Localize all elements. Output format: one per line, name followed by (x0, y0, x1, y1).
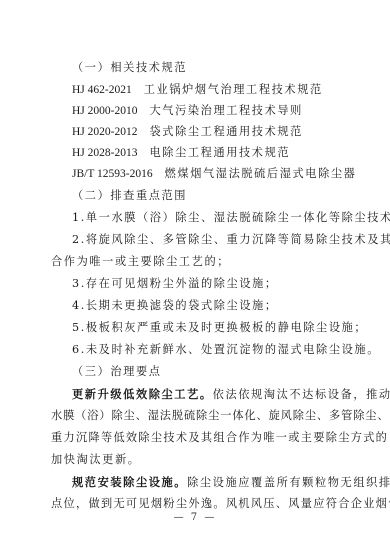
standard-code: HJ 2028-2013 (72, 147, 138, 159)
standard-title: 袋式除尘工程通用技术规范 (150, 125, 303, 138)
document-page: （一）相关技术规范 HJ 462-2021工业锅炉烟气治理工程技术规范 HJ 2… (0, 0, 390, 551)
page-number: — 7 — (0, 512, 390, 523)
list-item: 6.未及时补充新鲜水、处置沉淀物的湿式电除尘设施。 (72, 343, 380, 357)
paragraph-line: 点位，做到无可见烟粉尘外逸。风机风压、风量应符合企业烟气 (51, 497, 390, 511)
section-heading-2: （二）排查重点范围 (72, 189, 187, 203)
standard-item: JB/T 12593-2016燃煤烟气湿法脱硫后湿式电除尘器 (72, 167, 356, 181)
standard-item: HJ 2000-2010大气污染治理工程技术导则 (72, 104, 303, 118)
standard-code: HJ 462-2021 (72, 84, 132, 96)
standard-title: 燃煤烟气湿法脱硫后湿式电除尘器 (165, 167, 357, 180)
list-item: 5.极板积灰严重或未及时更换极板的静电除尘设施； (72, 321, 367, 335)
paragraph-line: 加快淘汰更新。 (51, 453, 141, 467)
paragraph-line: 规范安装除尘设施。除尘设施应覆盖所有颗粒物无组织排放 (72, 475, 390, 490)
standard-item: HJ 462-2021工业锅炉烟气治理工程技术规范 (72, 83, 323, 97)
paragraph-text: 除尘设施应覆盖所有颗粒物无组织排放 (187, 476, 390, 489)
list-item-continuation: 合作为唯一或主要除尘工艺的； (51, 255, 230, 269)
standard-code: HJ 2000-2010 (72, 105, 138, 117)
section-heading-3: （三）治理要点 (72, 365, 162, 379)
standard-title: 电除尘工程通用技术规范 (150, 146, 291, 159)
paragraph-text: 依法依规淘汰不达标设备，推动将 (213, 388, 390, 401)
standard-title: 大气污染治理工程技术导则 (150, 104, 303, 117)
section-heading-1: （一）相关技术规范 (72, 61, 187, 75)
list-item: 1.单一水膜（浴）除尘、湿法脱硫除尘一体化等除尘技术； (72, 211, 390, 225)
list-item: 4.长期未更换滤袋的袋式除尘设施； (72, 299, 278, 313)
paragraph-line: 重力沉降等低效除尘技术及其组合作为唯一或主要除尘方式的 (51, 431, 388, 445)
standard-item: HJ 2020-2012袋式除尘工程通用技术规范 (72, 125, 303, 139)
standard-code: HJ 2020-2012 (72, 126, 138, 138)
paragraph-lead: 规范安装除尘设施。 (72, 475, 187, 489)
standard-title: 工业锅炉烟气治理工程技术规范 (144, 83, 323, 96)
standard-code: JB/T 12593-2016 (72, 168, 153, 180)
standard-item: HJ 2028-2013电除尘工程通用技术规范 (72, 146, 290, 160)
paragraph-lead: 更新升级低效除尘工艺。 (72, 387, 213, 401)
paragraph-line: 水膜（浴）除尘、湿法脱硫除尘一体化、旋风除尘、多管除尘、 (51, 409, 389, 423)
list-item: 2.将旋风除尘、多管除尘、重力沉降等简易除尘技术及其组 (72, 233, 390, 247)
list-item: 3.存在可见烟粉尘外溢的除尘设施； (72, 277, 278, 291)
paragraph-line: 更新升级低效除尘工艺。依法依规淘汰不达标设备，推动将 (72, 387, 390, 402)
